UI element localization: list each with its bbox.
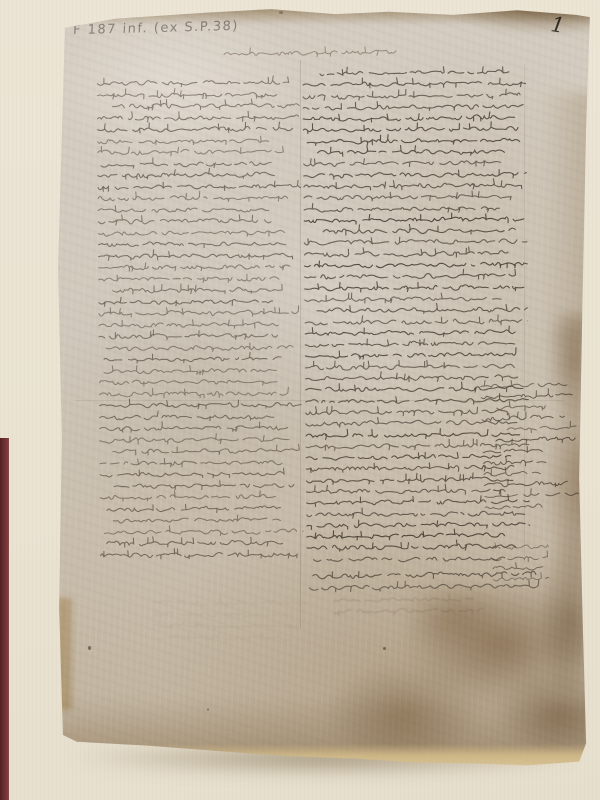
show-through-text — [152, 595, 312, 642]
ink-speck — [279, 11, 283, 14]
folio-number: 1 — [549, 12, 566, 38]
stain-top-right — [448, 4, 598, 34]
text-column-left — [95, 75, 308, 559]
stain-right-wash — [542, 93, 592, 343]
ink-speck — [383, 647, 386, 650]
table-backdrop-edge — [0, 438, 9, 800]
closing-script-lines — [304, 566, 544, 592]
marginal-notes-upper — [479, 376, 580, 511]
repair-patch-left-edge — [55, 598, 72, 710]
heading-script-line — [222, 44, 397, 59]
photograph-scene: F 187 inf. (ex S.P.38) 1 — [0, 0, 600, 800]
shelfmark-pencil-note: F 187 inf. (ex S.P.38) — [73, 19, 240, 38]
faded-script-lines — [332, 592, 487, 617]
ink-speck — [88, 646, 91, 650]
manuscript-page: F 187 inf. (ex S.P.38) 1 — [57, 8, 592, 770]
ink-speck — [207, 708, 209, 711]
